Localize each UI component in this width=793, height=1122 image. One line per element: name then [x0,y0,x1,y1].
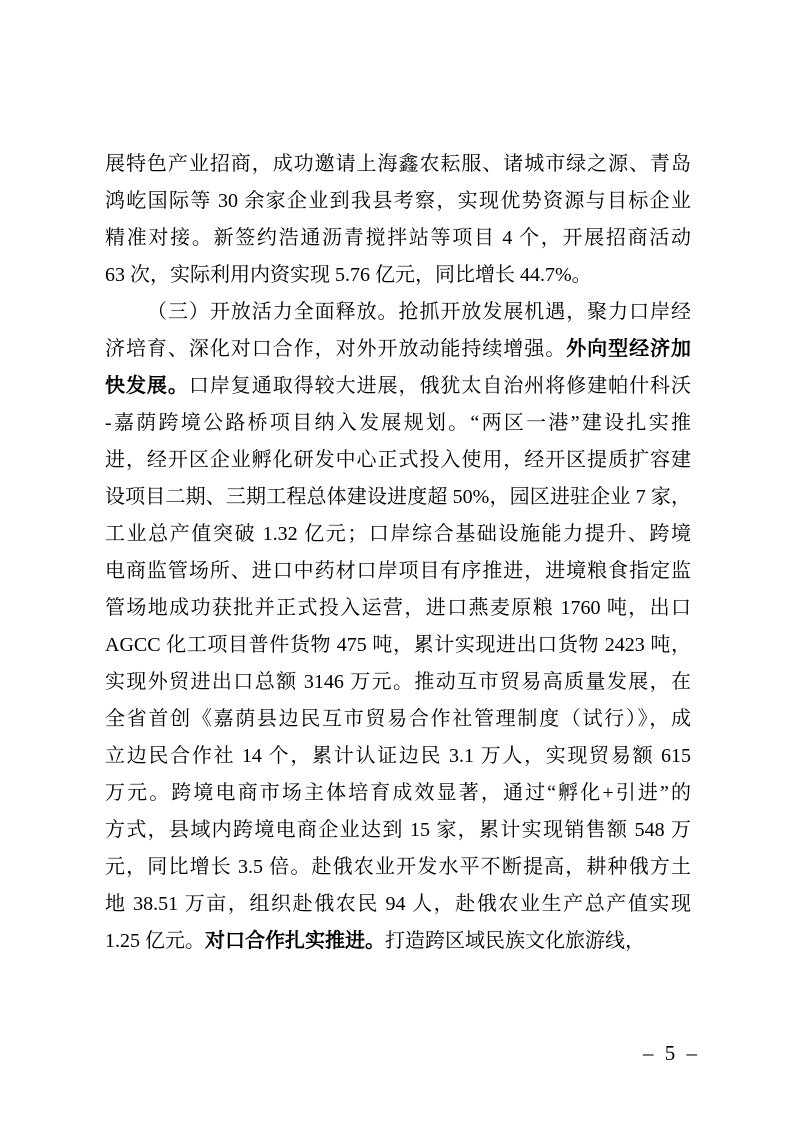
text-line: 全省首创《嘉荫县边民互市贸易合作社管理制度（试行）》，成 [105,701,691,738]
text-segment: 精准对接。新签约浩通沥青搅拌站等项目 4 个，开展招商活动 [105,227,691,249]
text-line: 63 次，实际利用内资实现 5.76 亿元，同比增长 44.7%。 [105,257,691,294]
text-segment: 1.25 亿元。 [105,930,205,952]
text-segment: 工业总产值突破 1.32 亿元；口岸综合基础设施能力提升、跨境 [105,523,691,545]
text-line: 工业总产值突破 1.32 亿元；口岸综合基础设施能力提升、跨境 [105,516,691,553]
text-line: 快发展。口岸复通取得较大进展，俄犹太自治州将修建帕什科沃 [105,368,691,405]
text-segment: 方式，县域内跨境电商企业达到 15 家，累计实现销售额 548 万 [105,819,691,841]
text-segment: 实现外贸进出口总额 3146 万元。推动互市贸易高质量发展，在 [105,671,691,693]
text-line: 立边民合作社 14 个，累计认证边民 3.1 万人，实现贸易额 615 [105,738,691,775]
text-segment: 打造跨区域民族文化旅游线， [385,930,645,952]
text-segment: 口岸复通取得较大进展，俄犹太自治州将修建帕什科沃 [189,375,691,397]
text-line: 鸿屹国际等 30 余家企业到我县考察，实现优势资源与目标企业 [105,183,691,220]
text-line: 电商监管场所、进口中药材口岸项目有序推进，进境粮食指定监 [105,553,691,590]
text-line: 精准对接。新签约浩通沥青搅拌站等项目 4 个，开展招商活动 [105,220,691,257]
document-body: 展特色产业招商，成功邀请上海鑫农耘服、诸城市绿之源、青岛鸿屹国际等 30 余家企… [105,146,691,960]
text-segment: 地 38.51 万亩，组织赴俄农民 94 人，赴俄农业生产总产值实现 [105,893,691,915]
text-segment: 立边民合作社 14 个，累计认证边民 3.1 万人，实现贸易额 615 [105,745,691,767]
emphasis-text: 对口合作扎实推进。 [205,930,385,952]
text-segment: -嘉荫跨境公路桥项目纳入发展规划。“两区一港”建设扎实推 [105,412,691,434]
text-line: 济培育、深化对口合作，对外开放动能持续增强。外向型经济加 [105,331,691,368]
text-line: 地 38.51 万亩，组织赴俄农民 94 人，赴俄农业生产总产值实现 [105,886,691,923]
text-segment: 63 次，实际利用内资实现 5.76 亿元，同比增长 44.7%。 [105,264,592,286]
text-segment: 设项目二期、三期工程总体建设进度超 50%，园区进驻企业 7 家， [105,486,691,508]
paragraph-section-three-opening-up: （三）开放活力全面释放。抢抓开放发展机遇，聚力口岸经济培育、深化对口合作，对外开… [105,294,691,960]
text-line: 进，经开区企业孵化研发中心正式投入使用，经开区提质扩容建 [105,442,691,479]
text-line: 实现外贸进出口总额 3146 万元。推动互市贸易高质量发展，在 [105,664,691,701]
text-segment: 管场地成功获批并正式投入运营，进口燕麦原粮 1760 吨，出口 [105,597,691,619]
text-line: 设项目二期、三期工程总体建设进度超 50%，园区进驻企业 7 家， [105,479,691,516]
text-segment: AGCC 化工项目普件货物 475 吨，累计实现进出口货物 2423 吨， [105,634,691,656]
text-segment: 元，同比增长 3.5 倍。赴俄农业开发水平不断提高，耕种俄方土 [105,856,691,878]
text-line: 方式，县域内跨境电商企业达到 15 家，累计实现销售额 548 万 [105,812,691,849]
text-segment: 展特色产业招商，成功邀请上海鑫农耘服、诸城市绿之源、青岛 [105,153,691,175]
text-segment: 全省首创《嘉荫县边民互市贸易合作社管理制度（试行）》，成 [105,708,691,730]
text-line: （三）开放活力全面释放。抢抓开放发展机遇，聚力口岸经 [105,294,691,331]
emphasis-text: 快发展。 [105,375,189,397]
text-segment: 万元。跨境电商市场主体培育成效显著，通过“孵化+引进”的 [105,782,691,804]
text-line: -嘉荫跨境公路桥项目纳入发展规划。“两区一港”建设扎实推 [105,405,691,442]
text-segment: （三）开放活力全面释放。抢抓开放发展机遇，聚力口岸经 [147,301,691,323]
text-line: 1.25 亿元。对口合作扎实推进。打造跨区域民族文化旅游线， [105,923,691,960]
page-number: – 5 – [643,1038,700,1068]
text-line: 元，同比增长 3.5 倍。赴俄农业开发水平不断提高，耕种俄方土 [105,849,691,886]
text-segment: 鸿屹国际等 30 余家企业到我县考察，实现优势资源与目标企业 [105,190,691,212]
text-line: AGCC 化工项目普件货物 475 吨，累计实现进出口货物 2423 吨， [105,627,691,664]
text-line: 管场地成功获批并正式投入运营，进口燕麦原粮 1760 吨，出口 [105,590,691,627]
text-segment: 济培育、深化对口合作，对外开放动能持续增强。 [105,338,566,360]
document-page: 展特色产业招商，成功邀请上海鑫农耘服、诸城市绿之源、青岛鸿屹国际等 30 余家企… [0,0,793,1122]
text-line: 万元。跨境电商市场主体培育成效显著，通过“孵化+引进”的 [105,775,691,812]
text-segment: 进，经开区企业孵化研发中心正式投入使用，经开区提质扩容建 [105,449,691,471]
text-segment: 电商监管场所、进口中药材口岸项目有序推进，进境粮食指定监 [105,560,691,582]
text-line: 展特色产业招商，成功邀请上海鑫农耘服、诸城市绿之源、青岛 [105,146,691,183]
emphasis-text: 外向型经济加 [566,338,691,360]
paragraph-investment-promotion: 展特色产业招商，成功邀请上海鑫农耘服、诸城市绿之源、青岛鸿屹国际等 30 余家企… [105,146,691,294]
